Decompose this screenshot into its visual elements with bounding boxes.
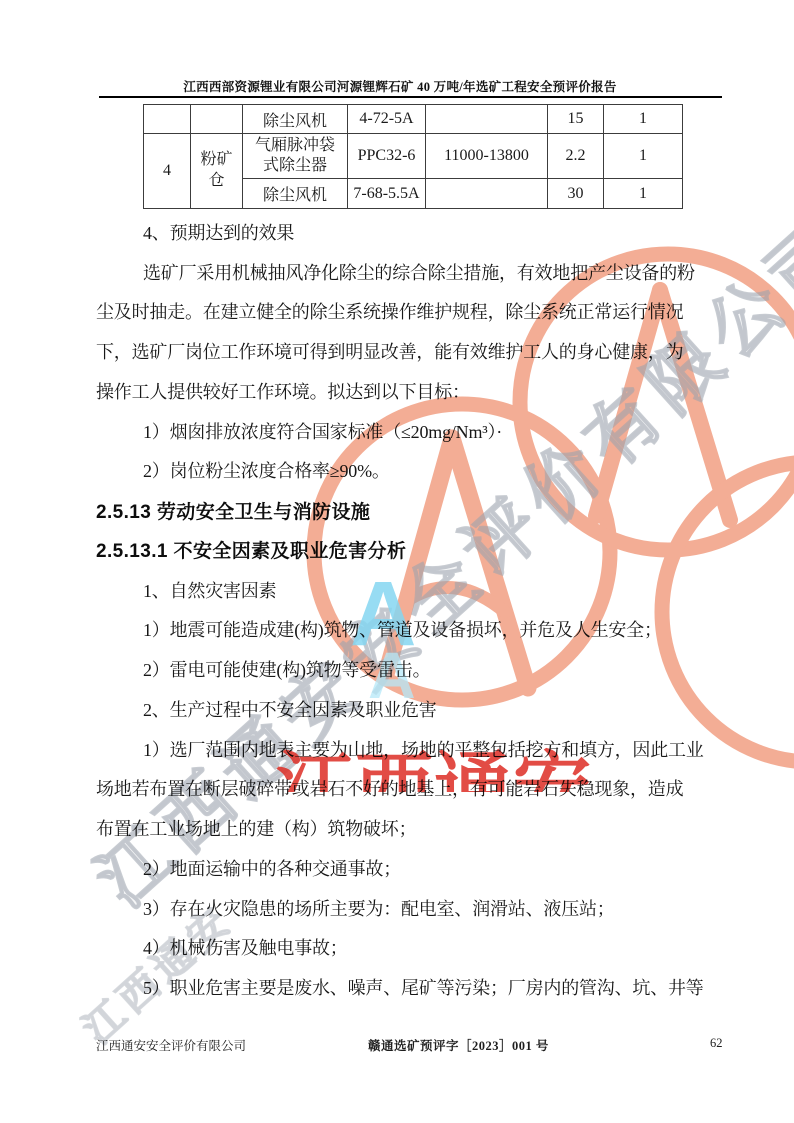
paragraph-line: 布置在工业场地上的建（构）筑物破坏；	[96, 808, 706, 848]
paragraph-line: 尘及时抽走。在建立健全的除尘系统操作维护规程，除尘系统正常运行情况	[96, 292, 706, 332]
paragraph-line: 3）存在火灾隐患的场所主要为：配电室、润滑站、液压站；	[96, 888, 706, 928]
paragraph-line: 下，选矿厂岗位工作环境可得到明显改善，能有效维护工人的身心健康，为	[96, 331, 706, 371]
table-cell-model: PPC32-6	[348, 134, 426, 179]
document-page: 江西西部资源锂业有限公司河源锂辉石矿 40 万吨/年选矿工程安全预评价报告 除尘…	[0, 0, 794, 1123]
table-cell-model: 4-72-5A	[348, 105, 426, 134]
table-cell-power: 30	[548, 179, 604, 209]
body-text: 4、预期达到的效果 选矿厂采用机械抽风净化除尘的综合除尘措施，有效地把产尘设备的…	[96, 212, 706, 1007]
table-cell-bin	[191, 105, 243, 134]
table-cell-no: 4	[144, 134, 191, 209]
table-cell-power: 2.2	[548, 134, 604, 179]
section-heading: 2.5.13 劳动安全卫生与消防设施	[96, 490, 706, 530]
table-cell-no	[144, 105, 191, 134]
section-heading: 2.5.13.1 不安全因素及职业危害分析	[96, 530, 706, 570]
table-cell-name: 气厢脉冲袋 式除尘器	[243, 134, 348, 179]
footer-doc-number: 赣通选矿预评字［2023］001 号	[368, 1036, 549, 1054]
table-cell-model: 7-68-5.5A	[348, 179, 426, 209]
paragraph-line: 5）职业危害主要是废水、噪声、尾矿等污染；厂房内的管沟、坑、井等	[96, 967, 706, 1007]
footer-page-number: 62	[710, 1036, 723, 1051]
table-cell-name: 除尘风机	[243, 179, 348, 209]
table-cell-param: 11000-13800	[426, 134, 548, 179]
paragraph-line: 1、自然灾害因素	[96, 570, 706, 610]
paragraph-line: 2）雷电可能使建(构)筑物等受雷击。	[96, 649, 706, 689]
paragraph-line: 2、生产过程中不安全因素及职业危害	[96, 689, 706, 729]
table-cell-bin: 粉矿仓	[191, 134, 243, 209]
table-cell-param	[426, 179, 548, 209]
footer-company: 江西通安安全评价有限公司	[96, 1036, 246, 1054]
paragraph-line: 2）地面运输中的各种交通事故；	[96, 848, 706, 888]
paragraph-line: 1）选厂范围内地表主要为山地，场地的平整包括挖方和填方，因此工业	[96, 729, 706, 769]
paragraph-line: 场地若布置在断层破碎带或岩石不好的地基上，有可能岩石失稳现象，造成	[96, 769, 706, 809]
table-row: 除尘风机 4-72-5A 15 1	[144, 105, 683, 134]
table-cell-param	[426, 105, 548, 134]
paragraph-line: 4）机械伤害及触电事故；	[96, 928, 706, 968]
table-cell-qty: 1	[604, 105, 683, 134]
equipment-table: 除尘风机 4-72-5A 15 1 4 粉矿仓 气厢脉冲袋 式除尘器 PPC32…	[143, 104, 683, 209]
page-header-title: 江西西部资源锂业有限公司河源锂辉石矿 40 万吨/年选矿工程安全预评价报告	[96, 77, 704, 95]
table-cell-qty: 1	[604, 134, 683, 179]
table-cell-qty: 1	[604, 179, 683, 209]
header-divider	[99, 96, 722, 98]
paragraph-line: 2）岗位粉尘浓度合格率≥90%。	[96, 451, 706, 491]
table-cell-power: 15	[548, 105, 604, 134]
paragraph-line: 1）烟囱排放浓度符合国家标准（≤20mg/Nm³）·	[96, 411, 706, 451]
table-row: 4 粉矿仓 气厢脉冲袋 式除尘器 PPC32-6 11000-13800 2.2…	[144, 134, 683, 179]
paragraph-line: 1）地震可能造成建(构)筑物、管道及设备损坏，并危及人生安全；	[96, 610, 706, 650]
table-cell-name: 除尘风机	[243, 105, 348, 134]
paragraph-line: 选矿厂采用机械抽风净化除尘的综合除尘措施，有效地把产尘设备的粉	[96, 252, 706, 292]
paragraph-line: 操作工人提供较好工作环境。拟达到以下目标：	[96, 371, 706, 411]
paragraph-line: 4、预期达到的效果	[96, 212, 706, 252]
